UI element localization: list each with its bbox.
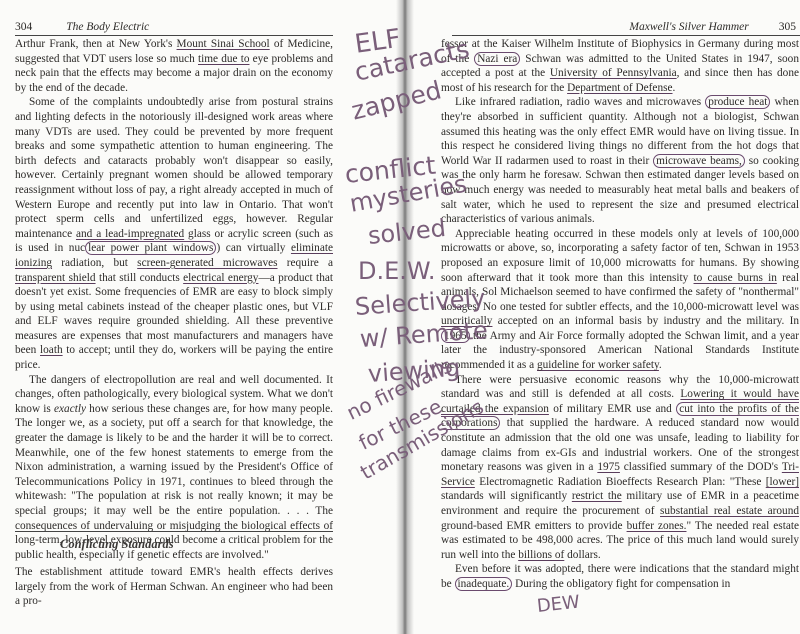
left-page: 304 The Body Electric Arthur Frank, then… <box>0 0 400 634</box>
text-run: radiation, but <box>52 257 137 269</box>
pen-underline: to cause burns in <box>694 272 777 284</box>
text-run: During the obligatory fight for compensa… <box>512 578 730 590</box>
text-run: re­quire a <box>278 257 333 269</box>
paragraph: Like infrared radiation, radio waves and… <box>441 95 799 226</box>
pen-underline: billions of <box>518 549 564 561</box>
text-run: of military EMR use and <box>549 403 676 415</box>
pen-underline: loath <box>40 344 63 356</box>
text-run: classified summary of the DOD's <box>620 461 782 473</box>
text-run: . <box>659 359 662 371</box>
section-divider <box>15 531 333 532</box>
pen-circle: Nazi era <box>474 52 520 66</box>
right-page: Maxwell's Silver Hammer 305 fessor at th… <box>408 0 800 634</box>
paragraph: Appreciable heating occurred in these mo… <box>441 227 799 373</box>
pen-underline: Mount Sinai School <box>177 38 270 50</box>
text-run: Arthur Frank, then at New York's <box>15 38 177 50</box>
pen-underline: University of Pennsylvania <box>550 67 677 79</box>
paragraph: The dangers of electropollution are real… <box>15 373 333 563</box>
pen-underline: [lower] <box>766 476 799 488</box>
text-run: to accept; until they do, workers will b… <box>15 344 333 371</box>
section-body: The establishment attitude toward EMR's … <box>15 565 333 609</box>
pen-circle: lear power plant windows <box>85 241 216 255</box>
pen-circle: microwave beams, <box>653 154 745 168</box>
pen-underline: guideline for worker safety <box>537 359 659 371</box>
text-run: dollars. <box>564 549 600 561</box>
pen-underline: time due to <box>198 53 250 65</box>
pen-underline: and a lead-impregnated <box>76 228 184 240</box>
pen-circle: inadequate. <box>455 577 513 591</box>
paragraph: Even before it was adopted, there were i… <box>441 562 799 591</box>
page-number-right: 305 <box>779 21 796 33</box>
paragraph: There were persuasive economic reasons w… <box>441 373 799 563</box>
text-run: Like infrared radiation, radio waves and… <box>455 96 705 108</box>
right-page-body: fessor at the Kaiser Wilhelm Institute o… <box>441 37 799 592</box>
pen-underline: 1975 <box>597 461 620 473</box>
text-run: Some of the complaints undoubtedly arise… <box>15 96 333 239</box>
text-run: standards will significantly <box>441 490 572 502</box>
book-title: The Body Electric <box>66 21 149 33</box>
left-page-body: Arthur Frank, then at New York's Mount S… <box>15 37 333 562</box>
pen-circle: produce heat <box>705 95 770 109</box>
pen-underline: substantial real estate around <box>660 505 799 517</box>
text-run: Electromagnetic Radiation Bioeffects Res… <box>475 476 766 488</box>
page-number-left: 304 <box>15 21 32 33</box>
section-heading: Conflicting Standards <box>60 537 174 552</box>
text-run: . <box>673 82 676 94</box>
section-paragraph: The establishment attitude toward EMR's … <box>15 565 333 609</box>
text-run: ) can vir­tually <box>216 242 291 254</box>
text-run: ground-based EMR emitters to provide <box>441 520 627 532</box>
pen-underline: transparent shield <box>15 272 96 284</box>
text-run: accepted on an informal basis by industr… <box>492 315 799 327</box>
pen-underline: Department of Defense <box>567 82 672 94</box>
text-run: that still conducts <box>96 272 184 284</box>
pen-circle: 1965 <box>441 329 470 343</box>
paragraph: Some of the complaints undoubtedly arise… <box>15 95 333 372</box>
running-head-right: Maxwell's Silver Hammer 305 <box>452 21 800 36</box>
pen-underline: buffer zones. <box>627 520 687 532</box>
paragraph: Arthur Frank, then at New York's Mount S… <box>15 37 333 95</box>
chapter-title: Maxwell's Silver Hammer <box>629 21 748 33</box>
pen-underline: uncritically <box>441 315 492 327</box>
pen-underline: restrict the <box>572 490 622 502</box>
emphasis: exactly <box>54 403 86 415</box>
paragraph: fessor at the Kaiser Wilhelm Institute o… <box>441 37 799 95</box>
pen-underline: screen-generated microwaves <box>137 257 277 269</box>
pen-underline: electrical energy <box>183 272 258 284</box>
running-head-left: 304 The Body Electric <box>15 21 333 36</box>
